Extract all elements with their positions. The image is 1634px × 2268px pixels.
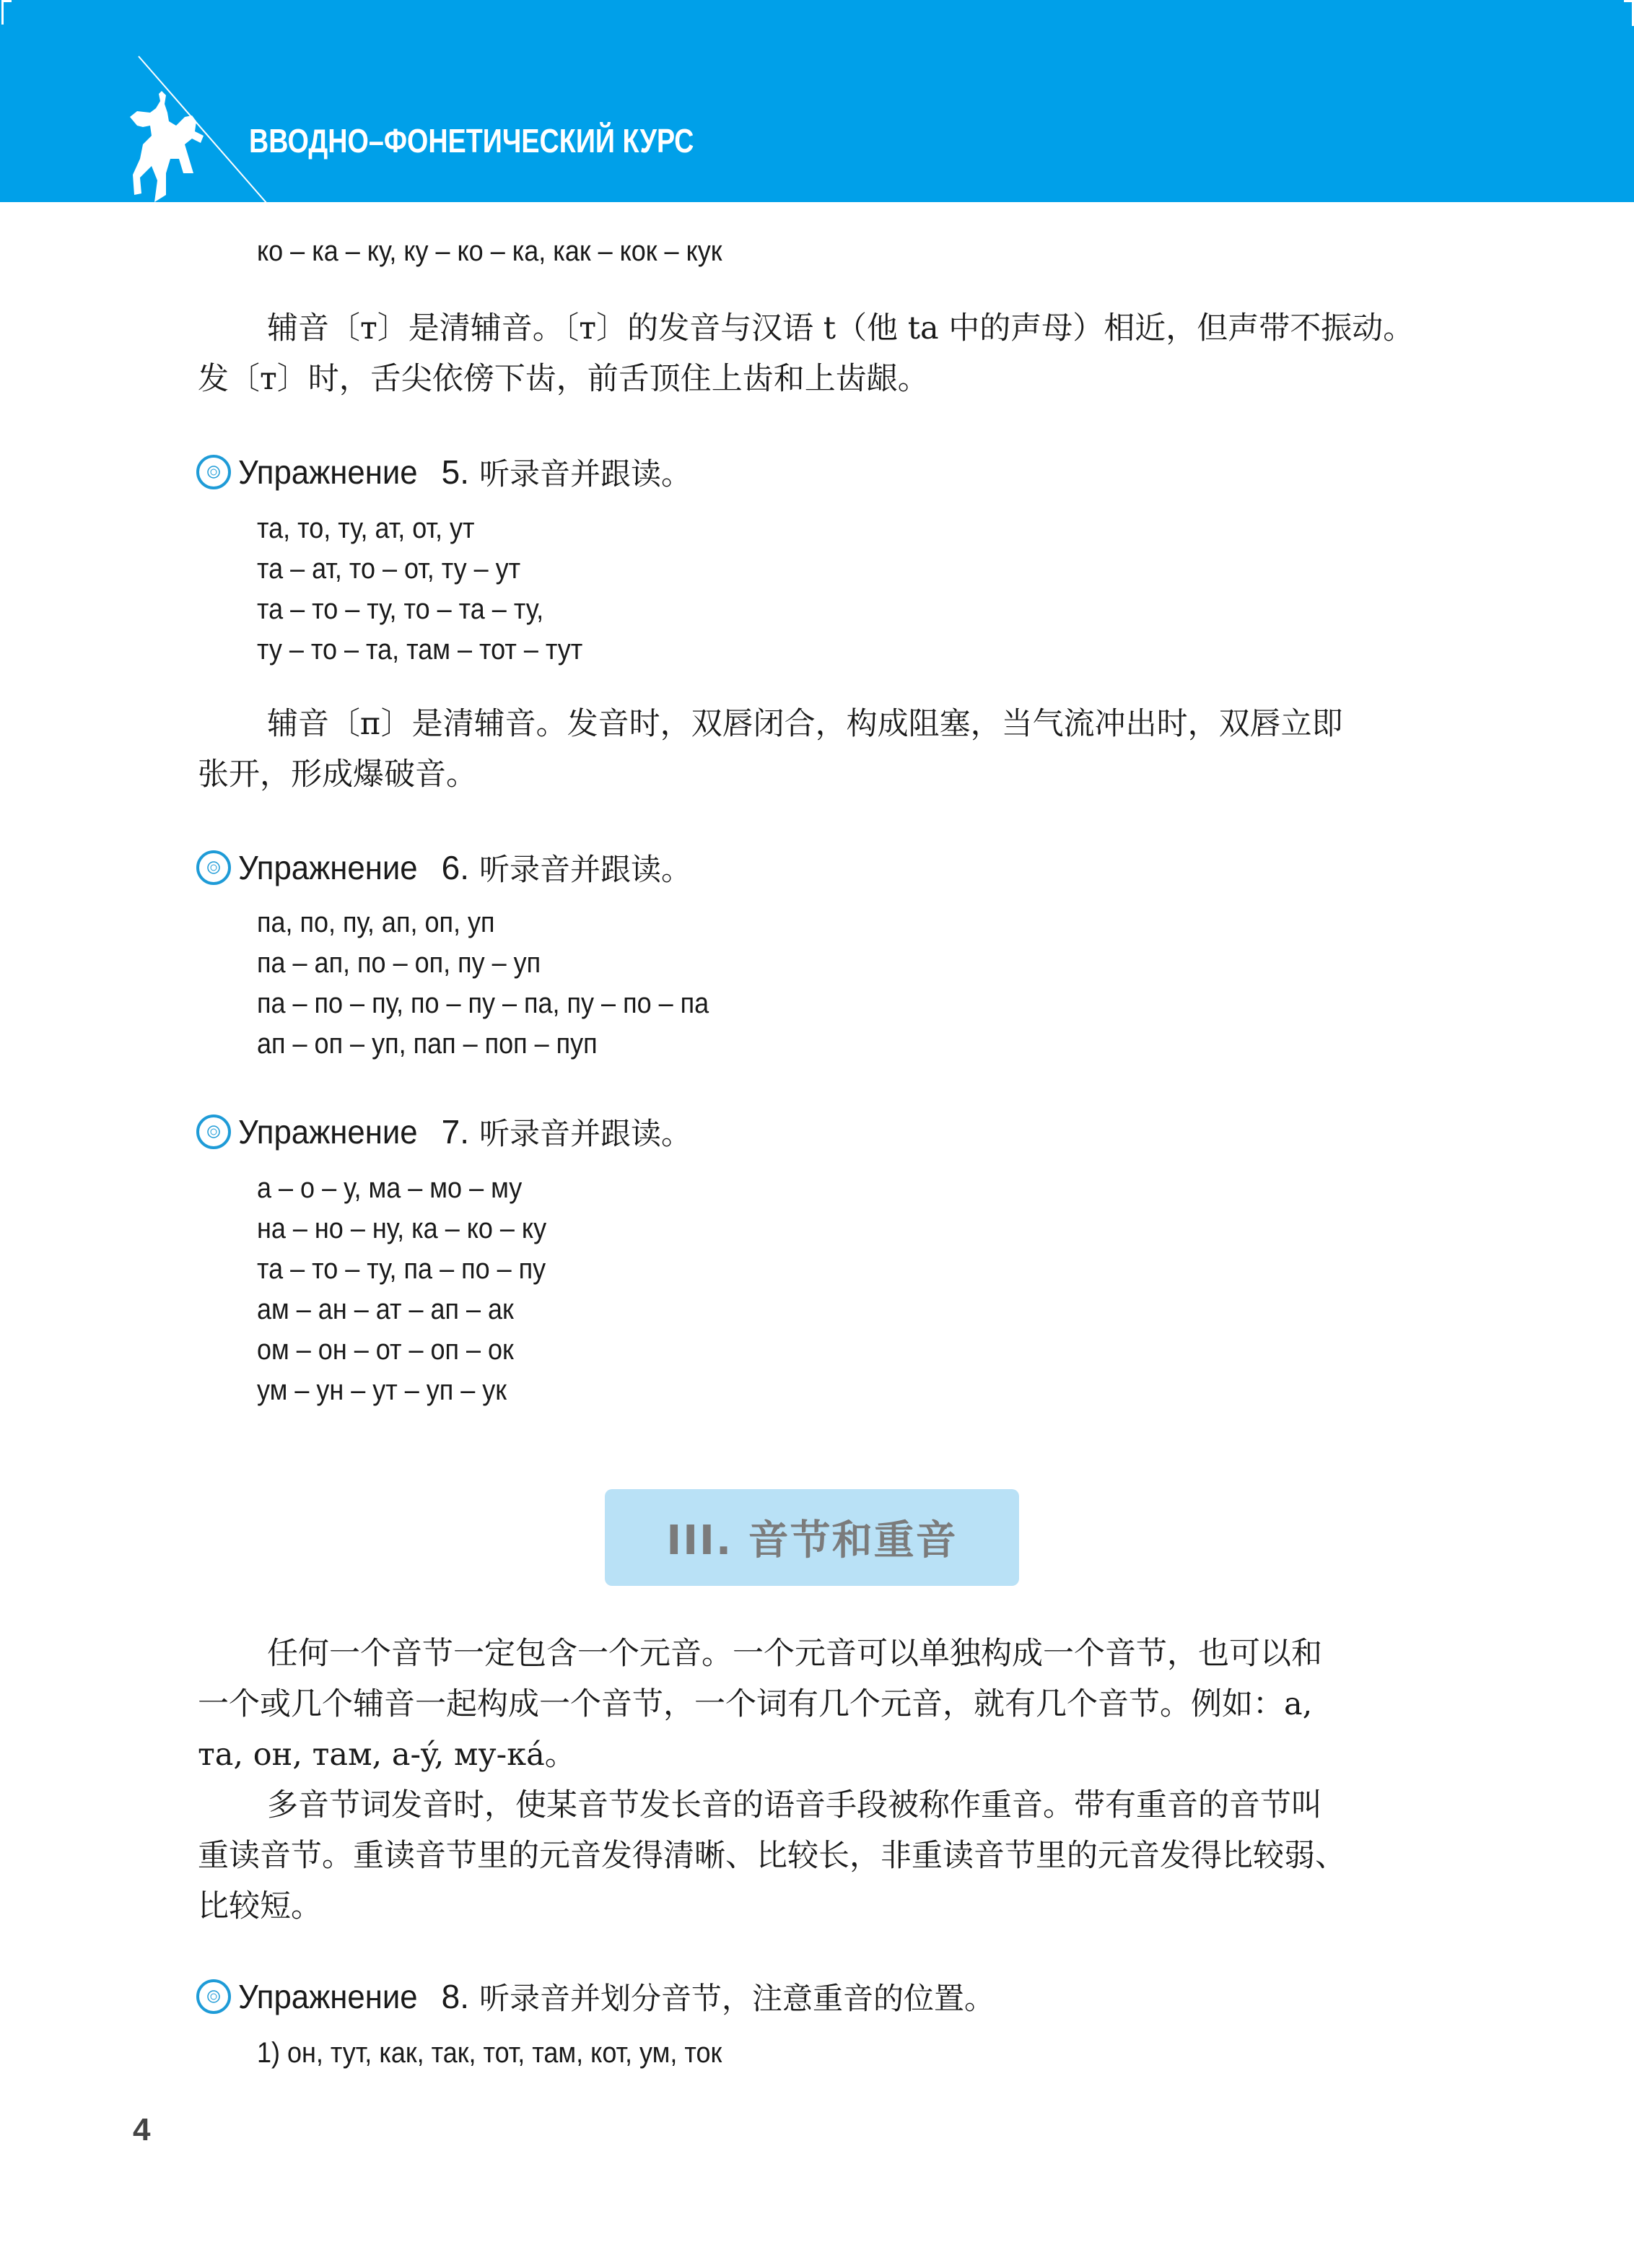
section-heading-box: III. 音节和重音	[605, 1489, 1019, 1586]
audio-cd-icon[interactable]	[195, 1113, 232, 1151]
drill-line: 1) он, тут, как, так, тот, там, кот, ум,…	[257, 2037, 722, 2069]
section-title: III. 音节和重音	[666, 1509, 957, 1566]
paragraph-line: 辅音〔п〕是清辅音。发音时，双唇闭合，构成阻塞，当气流冲出时，双唇立即	[267, 706, 1343, 742]
drill-line: ом – он – от – оп – ок	[257, 1334, 514, 1366]
audio-cd-icon[interactable]	[195, 1978, 232, 2015]
exercise-label: Упражнение	[238, 848, 418, 887]
exercise-instruction: 听录音并跟读。	[479, 450, 691, 494]
exercise-number: 5.	[442, 453, 469, 492]
drill-line: та – то – ту, па – по – пу	[257, 1253, 546, 1286]
drill-line: ум – ун – ут – уп – ук	[257, 1374, 507, 1407]
crop-mark-right	[1624, 0, 1634, 26]
audio-cd-icon[interactable]	[195, 453, 232, 491]
exercise-6-heading: Упражнение 6. 听录音并跟读。	[195, 846, 691, 889]
paragraph-line: 一个或几个辅音一起构成一个音节，一个词有几个元音，就有几个音节。例如：а,	[198, 1686, 1312, 1722]
exercise-number: 8.	[442, 1977, 469, 2016]
page-number: 4	[133, 2112, 150, 2148]
paragraph-consonant-t: 辅音〔т〕是清辅音。〔т〕的发音与汉语 t（他 ta 中的声母）相近，但声带不振…	[198, 303, 1425, 404]
exercise-instruction: 听录音并跟读。	[479, 846, 691, 889]
drill-line: па, по, пу, ап, оп, уп	[257, 907, 494, 939]
drill-line: а – о – у, ма – мо – му	[257, 1172, 522, 1205]
exercise-instruction: 听录音并跟读。	[479, 1110, 691, 1153]
exercise-label: Упражнение	[238, 1112, 418, 1151]
paragraph-stress: 多音节词发音时，使某音节发长音的语音手段被称作重音。带有重音的音节叫 重读音节。…	[198, 1780, 1425, 1932]
exercise-8-heading: Упражнение 8. 听录音并划分音节，注意重音的位置。	[195, 1975, 995, 2018]
paragraph-line: 发〔т〕时，舌尖依傍下齿，前舌顶住上齿和上齿龈。	[198, 361, 929, 397]
paragraph-line: та, он, там, а-ý, му-кá。	[198, 1737, 576, 1773]
drill-line: ап – оп – уп, пап – поп – пуп	[257, 1028, 598, 1060]
drill-line: та, то, ту, ат, от, ут	[257, 513, 474, 545]
exercise-5-heading: Упражнение 5. 听录音并跟读。	[195, 450, 691, 494]
drill-line: та – ат, то – от, ту – ут	[257, 553, 520, 585]
crop-mark-left	[1, 0, 12, 25]
paragraph-line: 任何一个音节一定包含一个元音。一个元音可以单独构成一个音节，也可以和	[267, 1636, 1322, 1672]
drill-line: ту – то – та, там – тот – тут	[257, 634, 582, 666]
drill-line: на – но – ну, ка – ко – ку	[257, 1213, 546, 1245]
paragraph-line: 辅音〔т〕是清辅音。〔т〕的发音与汉语 t（他 ta 中的声母）相近，但声带不振…	[267, 310, 1414, 346]
exercise-7-heading: Упражнение 7. 听录音并跟读。	[195, 1110, 691, 1153]
page-header-banner: ВВОДНО–ФОНЕТИЧЕСКИЙ КУРС	[0, 0, 1634, 202]
paragraph-syllable: 任何一个音节一定包含一个元音。一个元音可以单独构成一个音节，也可以和 一个或几个…	[198, 1628, 1425, 1780]
drill-line: ам – ан – ат – ап – ак	[257, 1294, 514, 1326]
paragraph-line: 张开，形成爆破音。	[198, 756, 477, 793]
paragraph-consonant-p: 辅音〔п〕是清辅音。发音时，双唇闭合，构成阻塞，当气流冲出时，双唇立即 张开，形…	[198, 699, 1425, 800]
exercise-instruction: 听录音并划分音节，注意重音的位置。	[479, 1975, 995, 2018]
exercise-number: 6.	[442, 848, 469, 887]
paragraph-line: 比较短。	[198, 1888, 322, 1924]
audio-cd-icon[interactable]	[195, 849, 232, 886]
drill-line: та – то – ту, то – та – ту,	[257, 593, 543, 626]
paragraph-line: 重读音节。重读音节里的元音发得清晰、比较长，非重读音节里的元音发得比较弱、	[198, 1838, 1346, 1874]
header-title: ВВОДНО–ФОНЕТИЧЕСКИЙ КУРС	[249, 121, 694, 160]
exercise-label: Упражнение	[238, 453, 418, 492]
exercise-number: 7.	[442, 1112, 469, 1151]
paragraph-line: 多音节词发音时，使某音节发长音的语音手段被称作重音。带有重音的音节叫	[267, 1787, 1322, 1823]
exercise-label: Упражнение	[238, 1977, 418, 2016]
intro-drill-line: ко – ка – ку, ку – ко – ка, как – кок – …	[257, 235, 722, 268]
drill-line: па – по – пу, по – пу – па, пу – по – па	[257, 987, 709, 1020]
drill-line: па – ап, по – оп, пу – уп	[257, 947, 541, 980]
